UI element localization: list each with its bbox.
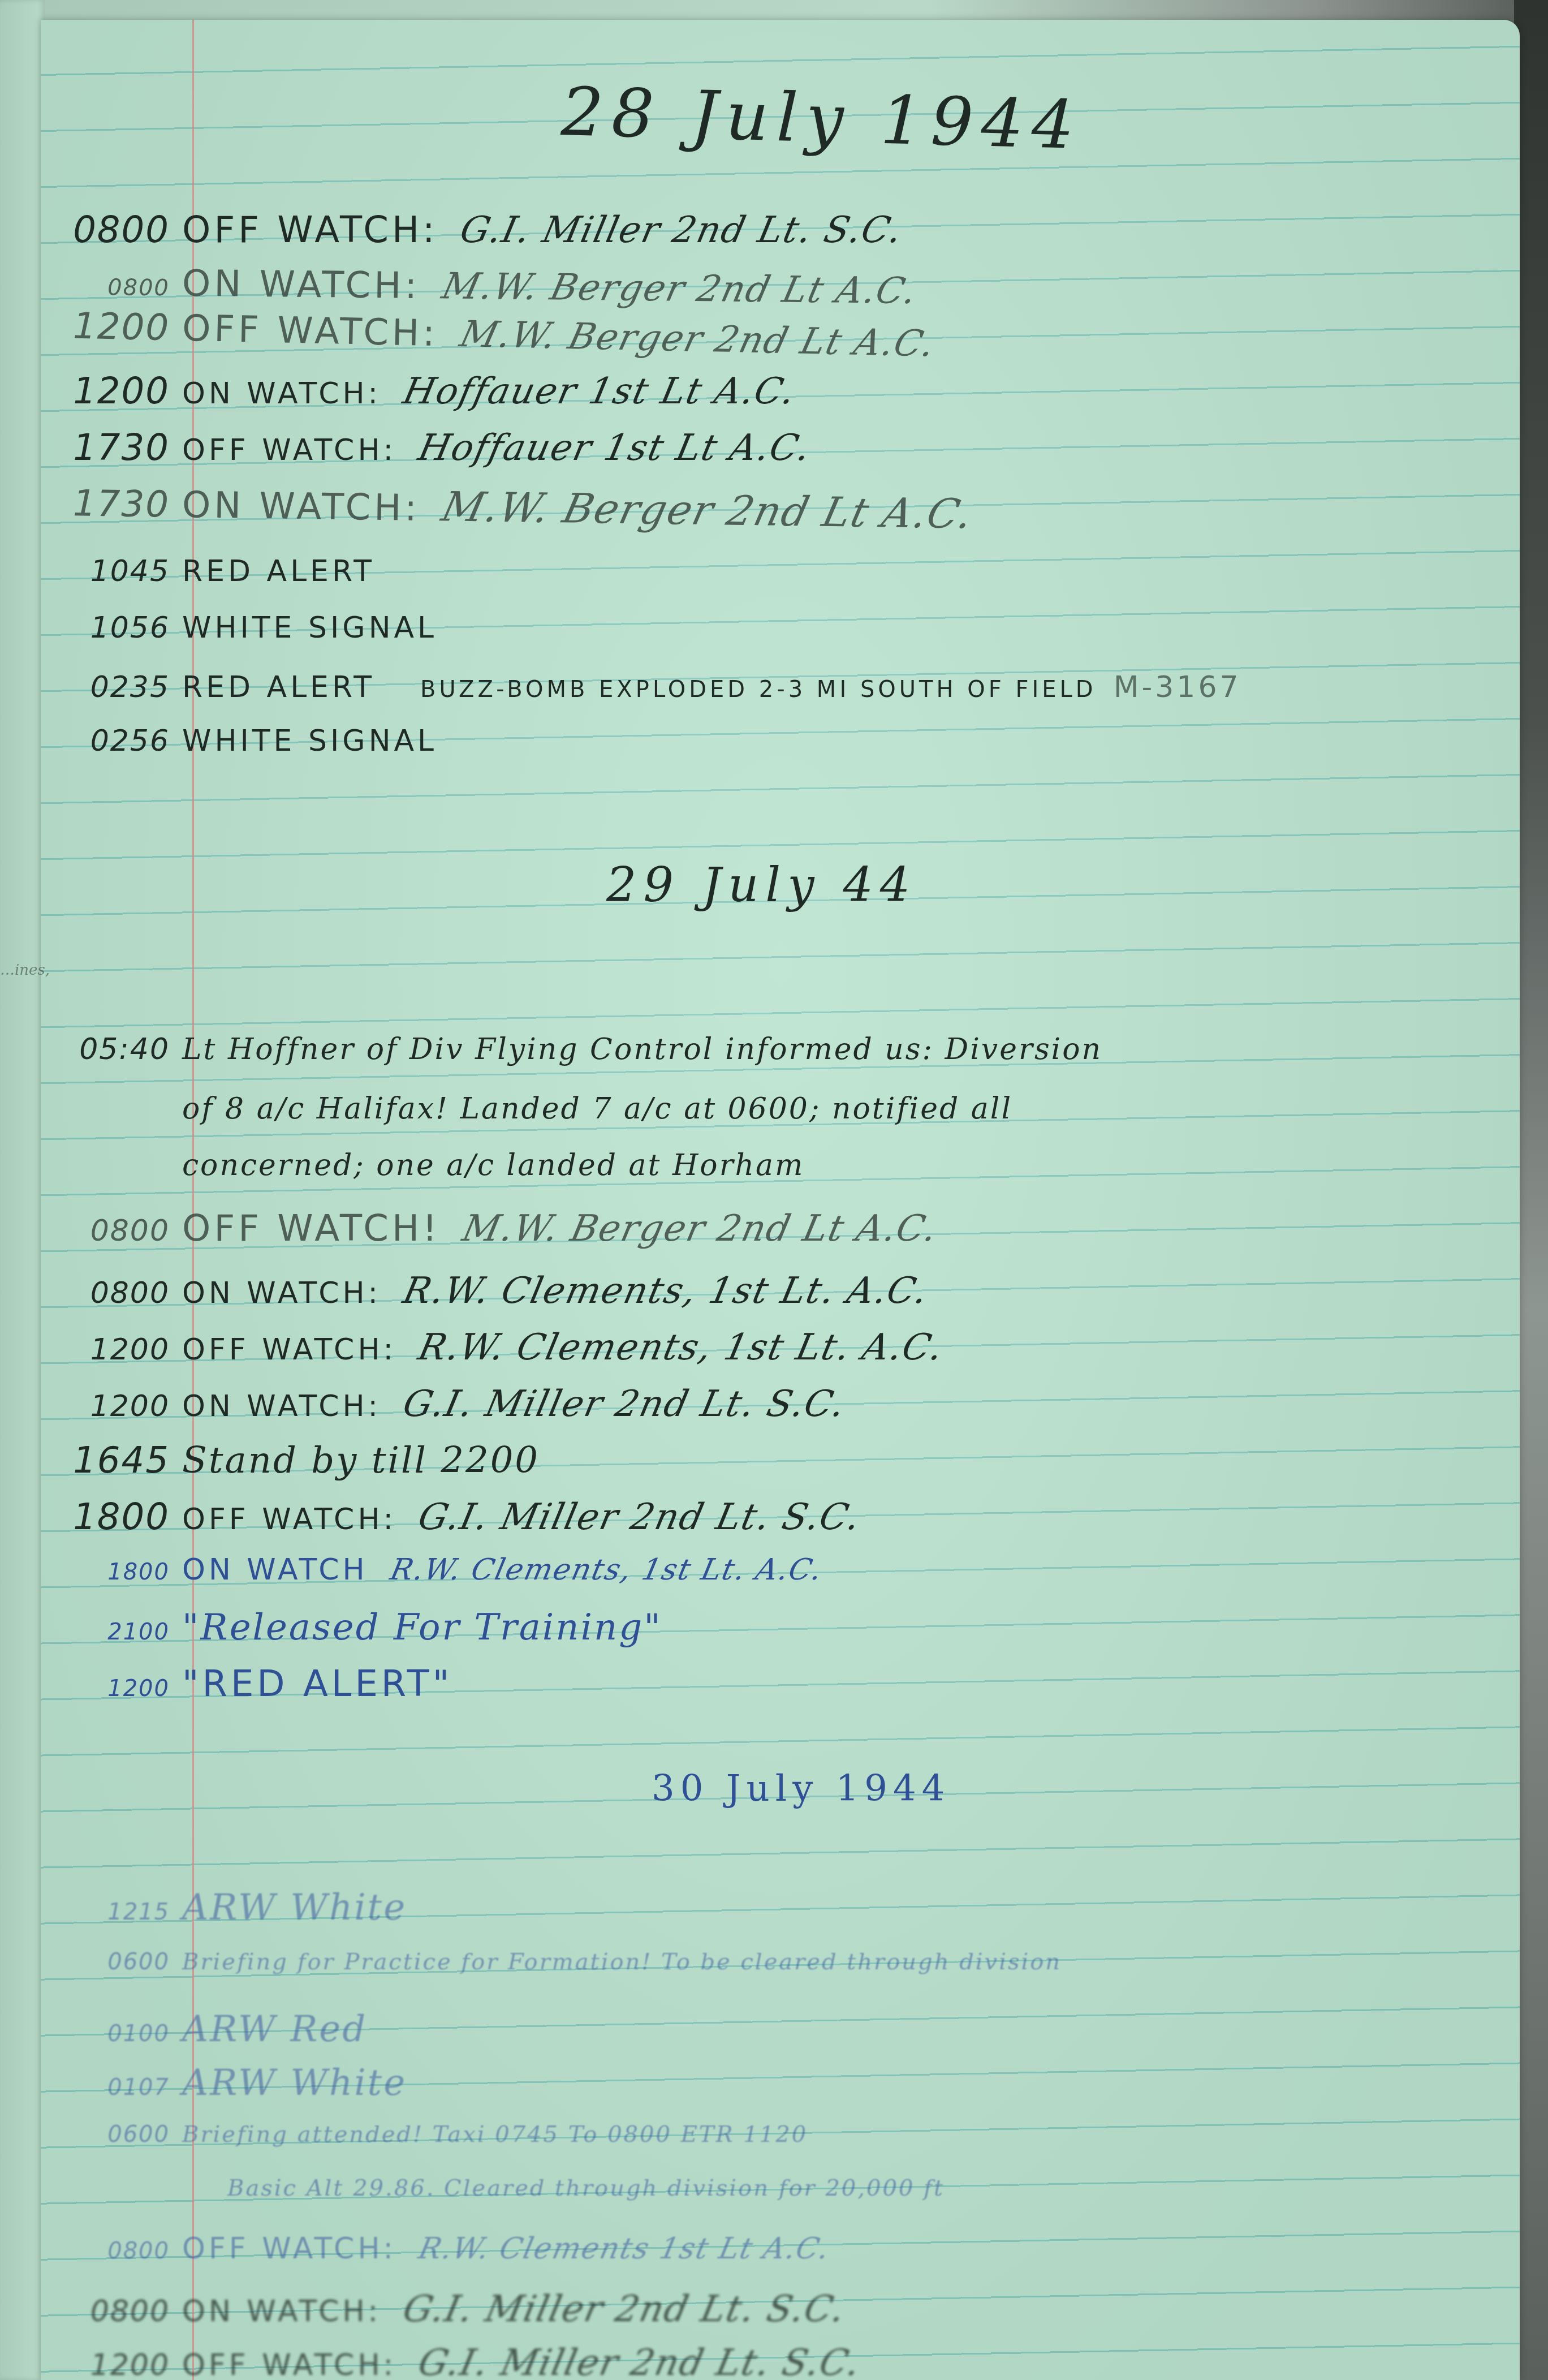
entry-time: 1800	[41, 1559, 182, 1585]
entry-text: OFF WATCH:	[182, 2232, 396, 2266]
log-entry: 0600 Briefing attended! Taxi 0745 To 080…	[41, 2121, 808, 2147]
log-entry: 0800 OFF WATCH: G.I. Miller 2nd Lt. S.C.	[41, 209, 902, 251]
entry-signature: R.W. Clements, 1st Lt. A.C.	[387, 1553, 825, 1587]
log-entry: 0256 WHITE SIGNAL	[41, 724, 437, 758]
entry-text: Briefing for Practice for Formation! To …	[182, 1949, 1062, 1975]
entry-time: 1200	[41, 304, 183, 349]
entry-text: RED ALERT	[182, 554, 375, 588]
entry-signature: R.W. Clements, 1st Lt. A.C.	[415, 1327, 947, 1368]
entry-text: Briefing attended! Taxi 0745 To 0800 ETR…	[182, 2121, 808, 2147]
entry-time: 1645	[41, 1440, 182, 1482]
entry-signature: G.I. Miller 2nd Lt. S.C.	[399, 1383, 850, 1425]
log-entry: 1730 OFF WATCH: Hoffauer 1st Lt A.C.	[41, 427, 810, 469]
entry-text: "RED ALERT"	[182, 1663, 452, 1705]
log-entry: 1045 RED ALERT	[41, 554, 375, 588]
entry-text: OFF WATCH!	[182, 1208, 441, 1250]
entry-time: 1200	[41, 1389, 182, 1423]
entry-time: 1200	[41, 1333, 182, 1367]
log-entry: 0800 OFF WATCH! M.W. Berger 2nd Lt A.C.	[41, 1208, 937, 1250]
log-entry: 0800 ON WATCH: R.W. Clements, 1st Lt. A.…	[41, 1270, 928, 1312]
log-entry: 0800 ON WATCH: G.I. Miller 2nd Lt. S.C.	[41, 2288, 845, 2330]
entry-time: 0600	[41, 2121, 182, 2147]
entry-signature: M.W. Berger 2nd Lt A.C.	[456, 313, 939, 365]
entry-text: ON WATCH:	[182, 1276, 381, 1310]
log-entry: 1200 ON WATCH: Hoffauer 1st Lt A.C.	[41, 371, 795, 412]
entry-text: ON WATCH:	[182, 484, 420, 530]
date-heading-29-july: 29 July 44	[606, 857, 917, 913]
log-entry: 1200 OFF WATCH: M.W. Berger 2nd Lt A.C.	[41, 304, 935, 365]
entry-time: 1215	[41, 1899, 182, 1925]
entry-time: 1200	[41, 2348, 182, 2380]
log-entry: 0800 ON WATCH: M.W. Berger 2nd Lt A.C.	[41, 261, 917, 312]
entry-text: concerned; one a/c landed at Horham	[182, 1148, 804, 1182]
log-entry: 1200 "RED ALERT"	[41, 1663, 452, 1705]
entry-time: 1730	[41, 427, 182, 469]
log-entry: 05:40 Lt Hoffner of Div Flying Control i…	[41, 1032, 1102, 1066]
entry-text: ON WATCH:	[182, 263, 421, 307]
entry-note: BUZZ-BOMB EXPLODED 2-3 MI SOUTH OF FIELD	[420, 677, 1097, 703]
log-entry: 0235 RED ALERT BUZZ-BOMB EXPLODED 2-3 MI…	[41, 670, 1241, 704]
entry-reference: M-3167	[1114, 670, 1241, 704]
entry-time: 0800	[41, 209, 182, 251]
entry-text: OFF WATCH:	[182, 1333, 396, 1367]
entry-time: 0600	[41, 1949, 182, 1975]
date-heading-28-july: 28 July 1944	[560, 72, 1083, 164]
entry-time: 0107	[41, 2075, 182, 2101]
log-entry: 0800 OFF WATCH: R.W. Clements 1st Lt A.C…	[41, 2232, 830, 2266]
entry-text: ARW White	[182, 1887, 407, 1929]
entry-time: 0800	[41, 1214, 182, 1248]
log-entry: 0107 ARW White	[41, 2062, 407, 2104]
entry-text: ON WATCH:	[182, 1389, 381, 1423]
entry-text: ON WATCH	[182, 1553, 368, 1587]
entry-text: ARW Red	[182, 2008, 367, 2050]
entry-signature: M.W. Berger 2nd Lt A.C.	[459, 1208, 942, 1250]
entry-text: OFF WATCH:	[182, 209, 438, 251]
entry-time: 0235	[41, 670, 182, 704]
entry-time: 1200	[41, 1676, 182, 1702]
log-entry: 1800 ON WATCH R.W. Clements, 1st Lt. A.C…	[41, 1553, 822, 1587]
facing-page-edge	[0, 0, 45, 2380]
entry-text: WHITE SIGNAL	[182, 724, 437, 758]
entry-time: 1056	[41, 611, 182, 645]
entry-time: 0100	[41, 2021, 182, 2047]
facing-page-margin-note: …ines,	[0, 962, 50, 979]
log-entry: 1645 Stand by till 2200	[41, 1440, 540, 1482]
entry-text: Stand by till 2200	[182, 1440, 540, 1482]
entry-signature: G.I. Miller 2nd Lt. S.C.	[399, 2288, 850, 2330]
entry-time: 1730	[41, 483, 183, 526]
entry-time: 1045	[41, 554, 182, 588]
log-entry: 1200 OFF WATCH: G.I. Miller 2nd Lt. S.C.	[41, 2342, 860, 2380]
entry-signature: Hoffauer 1st Lt A.C.	[415, 427, 814, 469]
log-entry: 0600 Briefing for Practice for Formation…	[41, 1949, 1062, 1975]
entry-signature: G.I. Miller 2nd Lt. S.C.	[415, 2342, 865, 2380]
entry-time: 1200	[41, 371, 182, 412]
entry-text: WHITE SIGNAL	[182, 611, 437, 645]
log-entry: 1200 ON WATCH: G.I. Miller 2nd Lt. S.C.	[41, 1383, 845, 1425]
entry-text: OFF WATCH:	[182, 433, 396, 467]
log-entry: Basic Alt 29.86. Cleared through divisio…	[41, 2175, 945, 2201]
log-entry: concerned; one a/c landed at Horham	[41, 1148, 804, 1182]
entry-time: 05:40	[41, 1032, 182, 1066]
log-entry: 1730 ON WATCH: M.W. Berger 2nd Lt A.C.	[41, 477, 973, 538]
entry-time: 0800	[41, 2238, 182, 2264]
entry-signature: M.W. Berger 2nd Lt A.C.	[438, 265, 921, 312]
entry-text: "Released For Training"	[182, 1607, 662, 1649]
log-entry: 1200 OFF WATCH: R.W. Clements, 1st Lt. A…	[41, 1327, 943, 1368]
date-heading-30-july: 30 July 1944	[652, 1768, 951, 1810]
entry-text: OFF WATCH:	[182, 1503, 396, 1537]
entry-text: OFF WATCH:	[182, 2348, 396, 2380]
log-entry: 0100 ARW Red	[41, 2008, 367, 2050]
entry-time: 0800	[41, 274, 182, 302]
entry-text: ON WATCH:	[182, 377, 381, 411]
entry-text: Lt Hoffner of Div Flying Control informe…	[182, 1032, 1102, 1066]
log-entry: 2100 "Released For Training"	[41, 1607, 662, 1649]
log-entry: of 8 a/c Halifax! Landed 7 a/c at 0600; …	[41, 1092, 1012, 1126]
entry-text: OFF WATCH:	[182, 308, 438, 355]
log-entry: 1215 ARW White	[41, 1887, 407, 1929]
entry-text: ARW White	[182, 2062, 407, 2104]
entry-signature: Hoffauer 1st Lt A.C.	[399, 371, 799, 412]
log-page: 28 July 1944 0800 OFF WATCH: G.I. Miller…	[41, 20, 1520, 2380]
log-entry: 1056 WHITE SIGNAL	[41, 611, 437, 645]
entry-time: 0256	[41, 724, 182, 758]
entry-text: ON WATCH:	[182, 2295, 381, 2329]
entry-time: 1800	[41, 1496, 182, 1538]
entry-signature: R.W. Clements, 1st Lt. A.C.	[399, 1270, 932, 1312]
entry-time: 2100	[41, 1619, 182, 1645]
entry-signature: M.W. Berger 2nd Lt A.C.	[437, 483, 978, 538]
entry-text: RED ALERT	[182, 670, 375, 704]
entry-text: of 8 a/c Halifax! Landed 7 a/c at 0600; …	[182, 1092, 1012, 1126]
entry-signature: R.W. Clements 1st Lt A.C.	[416, 2232, 833, 2266]
entry-time: 0800	[41, 1276, 182, 1310]
entry-signature: G.I. Miller 2nd Lt. S.C.	[456, 209, 907, 251]
entry-time: 0800	[41, 2295, 182, 2329]
entry-signature: G.I. Miller 2nd Lt. S.C.	[415, 1496, 865, 1538]
entry-text: Basic Alt 29.86. Cleared through divisio…	[227, 2175, 945, 2201]
log-entry: 1800 OFF WATCH: G.I. Miller 2nd Lt. S.C.	[41, 1496, 860, 1538]
